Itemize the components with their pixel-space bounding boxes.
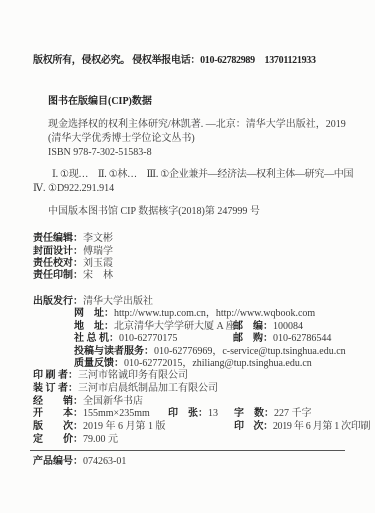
edition-item: 版 次：2019 年 6 月第 1 版 — [33, 421, 166, 433]
word-count-value: 227 千字 — [274, 408, 312, 419]
cip-heading: 图书在版编目(CIP)数据 — [48, 96, 152, 108]
binder-label: 装 订 者： — [33, 383, 78, 394]
staff-label: 责任编辑： — [33, 233, 83, 244]
copyright-page: 版权所有，侵权必究。 侵权举报电话：010-62782989 137011219… — [0, 0, 375, 513]
staff-value: 李文彬 — [83, 233, 113, 244]
address-label: 地 址： — [74, 321, 114, 332]
cip-registry-line: 中国版本图书馆 CIP 数据核字(2018)第 247999 号 — [48, 206, 260, 218]
word-count-item: 字 数：227 千字 — [234, 408, 312, 420]
impression-item: 印 次：2019 年 6 月第 1 次印刷 — [234, 421, 370, 433]
switchboard-row: 社 总 机：010-62770175 — [74, 333, 177, 345]
reader-service-row: 投稿与读者服务：010-62776969，c-service@tup.tsing… — [74, 346, 346, 358]
product-number-value: 074263-01 — [83, 456, 126, 467]
impression-value: 2019 年 6 月第 1 次印刷 — [273, 421, 370, 432]
distribution-value: 全国新华书店 — [83, 396, 143, 407]
distribution-label: 经 销： — [33, 396, 83, 407]
staff-label: 责任校对： — [33, 258, 83, 269]
sheets-value: 13 — [208, 408, 218, 419]
printer-row: 印 刷 者：三河市铭诚印务有限公司 — [33, 370, 188, 382]
word-count-label: 字 数： — [234, 408, 274, 419]
website-value: http://www.tup.com.cn，http://www.wqbook.… — [114, 308, 315, 319]
switchboard-label: 社 总 机： — [74, 333, 119, 344]
mail-order-item: 邮 购：010-62786544 — [233, 333, 331, 345]
staff-row-proofreader: 责任校对：刘玉霞 — [33, 258, 113, 270]
cip-class-line-1: Ⅰ. ①现… Ⅱ. ①林… Ⅲ. ①企业兼并—经济法—权利主体—研究—中国 — [52, 169, 353, 181]
switchboard-value: 010-62770175 — [119, 333, 177, 344]
cip-series-line: (清华大学优秀博士学位论文丛书) — [48, 133, 195, 145]
binder-value: 三河市启晨纸制品加工有限公司 — [78, 383, 218, 394]
quality-feedback-label: 质量反馈： — [74, 358, 124, 369]
website-label: 网 址： — [74, 308, 114, 319]
price-row: 定 价：79.00 元 — [33, 434, 118, 446]
staff-row-editor: 责任编辑：李文彬 — [33, 233, 113, 245]
quality-feedback-value: 010-62772015，zhiliang@tup.tsinghua.edu.c… — [124, 358, 312, 369]
cip-isbn-line: ISBN 978-7-302-51583-8 — [48, 147, 152, 159]
mail-order-label: 邮 购： — [233, 333, 273, 344]
staff-value: 傅瑞学 — [83, 246, 113, 257]
reader-service-label: 投稿与读者服务： — [74, 346, 154, 357]
edition-label: 版 次： — [33, 421, 83, 432]
publisher-label: 出版发行： — [33, 296, 83, 307]
quality-feedback-row: 质量反馈：010-62772015，zhiliang@tup.tsinghua.… — [74, 358, 312, 370]
cip-class-line-2: Ⅳ. ①D922.291.914 — [33, 183, 114, 195]
reader-service-value: 010-62776969，c-service@tup.tsinghua.edu.… — [154, 346, 346, 357]
staff-row-cover-design: 封面设计：傅瑞学 — [33, 246, 113, 258]
distribution-row: 经 销：全国新华书店 — [33, 396, 143, 408]
product-number-label: 产品编号： — [33, 456, 83, 467]
sheets-label: 印 张： — [168, 408, 208, 419]
printer-label: 印 刷 者： — [33, 370, 78, 381]
website-row: 网 址：http://www.tup.com.cn，http://www.wqb… — [74, 308, 315, 320]
copyright-notice: 版权所有，侵权必究。 侵权举报电话：010-62782989 137011219… — [33, 55, 316, 67]
publisher-row: 出版发行：清华大学出版社 — [33, 296, 153, 308]
cip-title-line: 现金选择权的权利主体研究/林凯著. —北京：清华大学出版社，2019 — [48, 119, 346, 131]
format-label: 开 本： — [33, 408, 83, 419]
postcode-item: 邮 编：100084 — [233, 321, 303, 333]
edition-value: 2019 年 6 月第 1 版 — [83, 421, 166, 432]
printer-value: 三河市铭诚印务有限公司 — [78, 370, 188, 381]
format-item: 开 本：155mm×235mm — [33, 408, 150, 420]
sheets-item: 印 张：13 — [168, 408, 218, 420]
address-row: 地 址：北京清华大学学研大厦 A 座 — [74, 321, 236, 333]
price-value: 79.00 元 — [83, 434, 118, 445]
impression-label: 印 次： — [234, 421, 273, 432]
format-value: 155mm×235mm — [83, 408, 150, 419]
address-value: 北京清华大学学研大厦 A 座 — [114, 321, 236, 332]
binder-row: 装 订 者：三河市启晨纸制品加工有限公司 — [33, 383, 218, 395]
staff-value: 刘玉霞 — [83, 258, 113, 269]
postcode-label: 邮 编： — [233, 321, 273, 332]
price-label: 定 价： — [33, 434, 83, 445]
staff-label: 责任印制： — [33, 270, 83, 281]
mail-order-value: 010-62786544 — [273, 333, 331, 344]
publisher-value: 清华大学出版社 — [83, 296, 153, 307]
staff-value: 宋 林 — [83, 270, 113, 281]
staff-label: 封面设计： — [33, 246, 83, 257]
postcode-value: 100084 — [273, 321, 303, 332]
staff-row-print-supervisor: 责任印制：宋 林 — [33, 270, 113, 282]
divider-rule — [30, 450, 345, 451]
product-number-row: 产品编号：074263-01 — [33, 456, 126, 468]
